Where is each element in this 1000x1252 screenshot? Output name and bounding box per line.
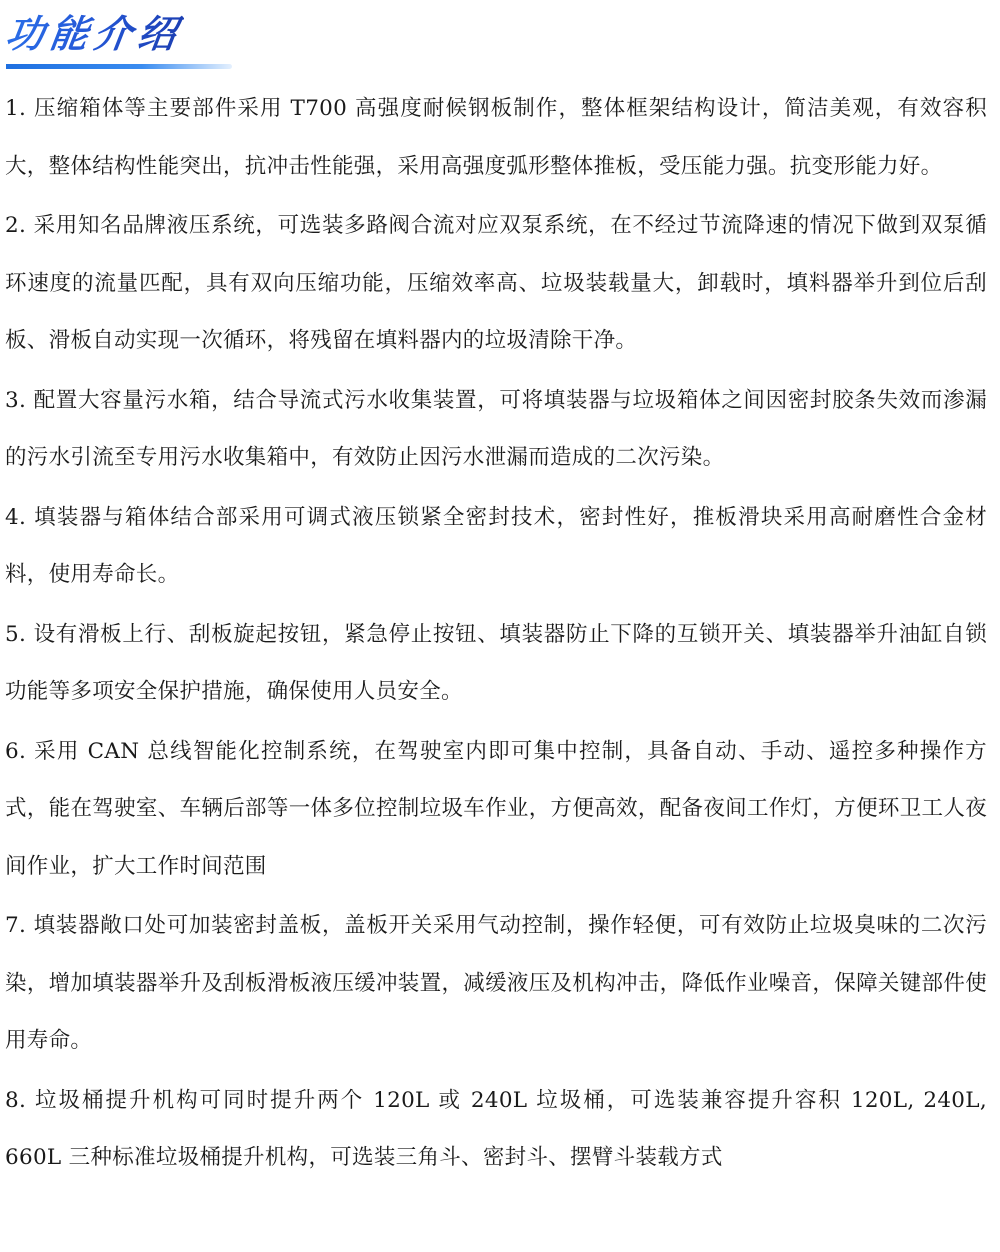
feature-item-7: 7. 填装器敞口处可加装密封盖板，盖板开关采用气动控制，操作轻便，可有效防止垃圾… <box>5 897 987 1070</box>
feature-item-3: 3. 配置大容量污水箱，结合导流式污水收集装置，可将填装器与垃圾箱体之间因密封胶… <box>5 372 987 487</box>
feature-item-4: 4. 填装器与箱体结合部采用可调式液压锁紧全密封技术，密封性好，推板滑块采用高耐… <box>5 489 987 604</box>
feature-item-6: 6. 采用 CAN 总线智能化控制系统，在驾驶室内即可集中控制，具备自动、手动、… <box>5 723 987 896</box>
feature-item-2: 2. 采用知名品牌液压系统，可选装多路阀合流对应双泵系统，在不经过节流降速的情况… <box>5 197 987 370</box>
title-underline-decoration <box>6 64 232 69</box>
section-header: 功能介绍 <box>4 6 244 68</box>
feature-list: 1. 压缩箱体等主要部件采用 T700 高强度耐候钢板制作，整体框架结构设计，简… <box>5 80 987 1189</box>
feature-item-1: 1. 压缩箱体等主要部件采用 T700 高强度耐候钢板制作，整体框架结构设计，简… <box>5 80 987 195</box>
section-title: 功能介绍 <box>3 12 185 56</box>
feature-item-5: 5. 设有滑板上行、刮板旋起按钮，紧急停止按钮、填装器防止下降的互锁开关、填装器… <box>5 606 987 721</box>
feature-item-8: 8. 垃圾桶提升机构可同时提升两个 120L 或 240L 垃圾桶，可选装兼容提… <box>5 1072 987 1187</box>
